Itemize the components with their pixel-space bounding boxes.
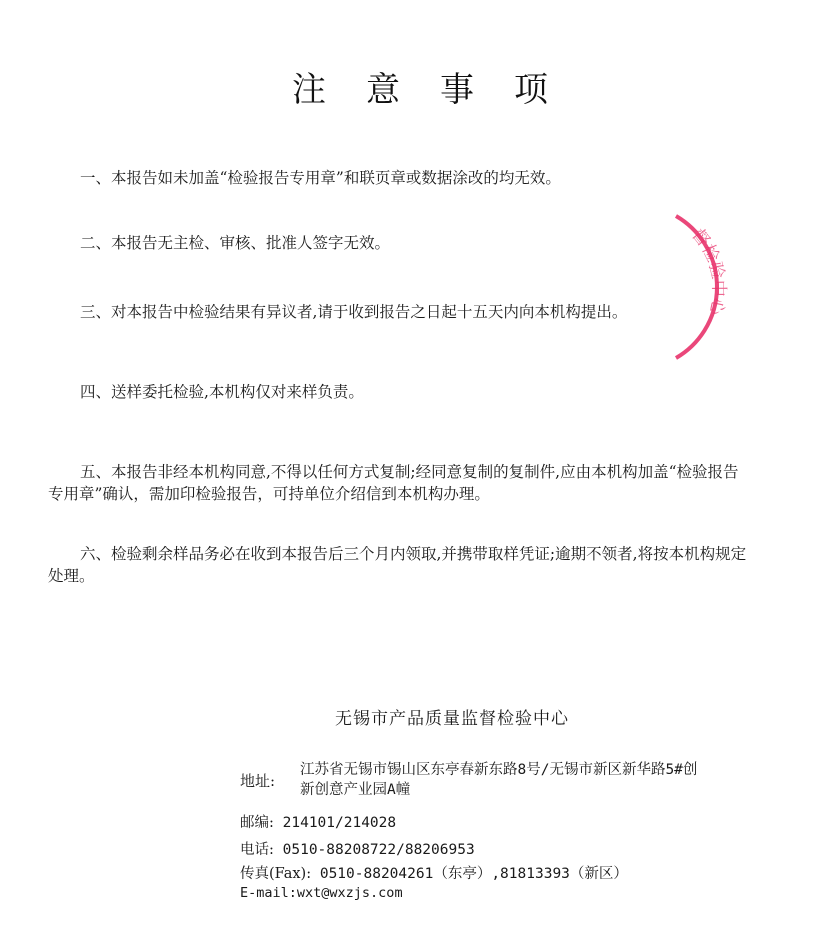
document-page: 注意事项 一、本报告如未加盖“检验报告专用章”和联页章或数据涂改的均无效。 二、… [0,0,840,944]
notice-item-2: 二、本报告无主检、审核、批准人签字无效。 [80,231,390,255]
zip-value: 214101/214028 [283,815,397,831]
notice-item-3: 三、对本报告中检验结果有异议者,请于收到报告之日起十五天内向本机构提出。 [80,300,627,324]
organization-name: 无锡市产品质量监督检验中心 [335,704,569,729]
svg-text:督检验中心: 督检验中心 [687,225,728,318]
seal-icon: 督检验中心 [648,212,840,362]
email-row: E-mail:wxt@wxzjs.com [240,885,403,901]
fax-row: 传真(Fax): 0510-88204261（东亭）,81813393（新区） [240,862,628,883]
official-seal-stamp: 督检验中心 [648,212,840,362]
notice-item-4: 四、送样委托检验,本机构仅对来样负责。 [80,380,364,404]
notice-item-6: 六、检验剩余样品务必在收到本报告后三个月内领取,并携带取样凭证;逾期不领者,将按… [48,543,753,587]
address-value: 江苏省无锡市锡山区东亭春新东路8号/无锡市新区新华路5#创新创意产业园A幢 [300,760,700,800]
fax-value: 0510-88204261（东亭）,81813393（新区） [320,866,628,882]
fax-label: 传真(Fax): [240,866,311,882]
tel-label: 电话: [240,842,274,858]
seal-text: 督检验中心 [687,225,728,318]
tel-value: 0510-88208722/88206953 [283,842,475,858]
address-label: 地址: [240,770,275,791]
notice-item-5: 五、本报告非经本机构同意,不得以任何方式复制;经同意复制的复制件,应由本机构加盖… [48,461,753,505]
tel-row: 电话: 0510-88208722/88206953 [240,838,475,859]
email-value[interactable]: wxt@wxzjs.com [297,885,403,901]
zip-row: 邮编: 214101/214028 [240,811,396,832]
page-title: 注意事项 [0,62,840,111]
zip-label: 邮编: [240,815,274,831]
notice-item-1: 一、本报告如未加盖“检验报告专用章”和联页章或数据涂改的均无效。 [80,166,561,190]
email-label: E-mail: [240,885,297,901]
